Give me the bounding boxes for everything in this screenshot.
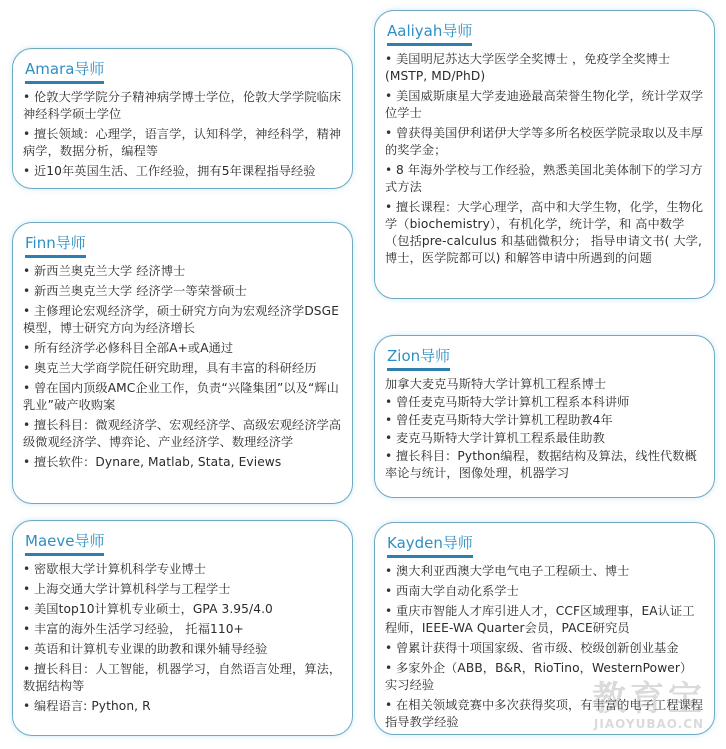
- tutor-title: Kayden导师: [387, 534, 473, 558]
- tutor-card-maeve: Maeve导师 •密歇根大学计算机科学专业博士 •上海交通大学计算机科学与工程学…: [12, 520, 353, 736]
- list-item: •曾获得美国伊利诺伊大学等多所名校医学院录取以及丰厚的奖学金；: [385, 125, 704, 159]
- bullet-icon: •: [23, 89, 34, 106]
- list-item: •西南大学自动化系学士: [385, 583, 704, 600]
- list-item: •曾累计获得十项国家级、省市级、校级创新创业基金: [385, 640, 704, 657]
- bullet-icon: •: [385, 563, 396, 580]
- list-item: •美国明尼苏达大学医学全奖博士 ，免疫学全奖博士(MSTP, MD/PhD): [385, 51, 704, 85]
- list-item: •8 年海外学校与工作经验，熟悉美国北美体制下的学习方式方法: [385, 162, 704, 196]
- list-item: •擅长软件：Dynare, Matlab, Stata, Eviews: [23, 454, 342, 471]
- bullet-icon: •: [23, 417, 34, 434]
- bullet-icon: •: [23, 163, 34, 180]
- tutor-credentials-list: •澳大利亚西澳大学电气电子工程硕士、博士 •西南大学自动化系学士 •重庆市智能人…: [385, 563, 704, 731]
- bullet-icon: •: [385, 88, 396, 105]
- tutor-intro: 加拿大麦克马斯特大学计算机工程系博士: [385, 376, 704, 393]
- bullet-icon: •: [23, 698, 34, 715]
- list-item: •近10年英国生活、工作经验，拥有5年课程指导经验: [23, 163, 342, 180]
- tutor-credentials-list: •伦敦大学学院分子精神病学博士学位，伦敦大学学院临床神经科学硕士学位 •擅长领域…: [23, 89, 342, 180]
- tutor-title: Finn导师: [25, 234, 86, 258]
- tutor-credentials-list: •密歇根大学计算机科学专业博士 •上海交通大学计算机科学与工程学士 •美国top…: [23, 561, 342, 715]
- bullet-icon: •: [23, 601, 34, 618]
- bullet-icon: •: [385, 448, 396, 465]
- list-item: •编程语言: Python, R: [23, 698, 342, 715]
- bullet-icon: •: [385, 162, 396, 179]
- list-item: •在相关领域竞赛中多次获得奖项，有丰富的电子工程课程指导教学经验: [385, 697, 704, 731]
- list-item: •擅长领域：心理学，语言学，认知科学，神经科学，精神病学，数据分析，编程等: [23, 126, 342, 160]
- bullet-icon: •: [385, 51, 396, 68]
- list-item: •澳大利亚西澳大学电气电子工程硕士、博士: [385, 563, 704, 580]
- bullet-icon: •: [23, 340, 34, 357]
- list-item: •美国top10计算机专业硕士，GPA 3.95/4.0: [23, 601, 342, 618]
- list-item: •丰富的海外生活学习经验， 托福110+: [23, 621, 342, 638]
- bullet-icon: •: [23, 661, 34, 678]
- bullet-icon: •: [385, 412, 396, 429]
- tutor-credentials-list: •新西兰奥克兰大学 经济博士 •新西兰奥克兰大学 经济学一等荣誉硕士 •主修理论…: [23, 263, 342, 471]
- list-item: •奥克兰大学商学院任研究助理，具有丰富的科研经历: [23, 360, 342, 377]
- bullet-icon: •: [23, 126, 34, 143]
- list-item: •擅长科目：Python编程，数据结构及算法，线性代数概率论与统计，图像处理，机…: [385, 448, 704, 482]
- tutor-card-finn: Finn导师 •新西兰奥克兰大学 经济博士 •新西兰奥克兰大学 经济学一等荣誉硕…: [12, 222, 353, 504]
- list-item: •曾任麦克马斯特大学计算机工程助教4年: [385, 412, 704, 429]
- tutor-title: Zion导师: [387, 347, 450, 371]
- list-item: •主修理论宏观经济学，硕士研究方向为宏观经济学DSGE模型，博士研究方向为经济增…: [23, 303, 342, 337]
- tutor-card-kayden: Kayden导师 •澳大利亚西澳大学电气电子工程硕士、博士 •西南大学自动化系学…: [374, 522, 715, 735]
- tutor-credentials-list: •美国明尼苏达大学医学全奖博士 ，免疫学全奖博士(MSTP, MD/PhD) •…: [385, 51, 704, 267]
- tutor-title: Amara导师: [25, 60, 104, 84]
- list-item: •伦敦大学学院分子精神病学博士学位，伦敦大学学院临床神经科学硕士学位: [23, 89, 342, 123]
- list-item: •英语和计算机专业课的助教和课外辅导经验: [23, 641, 342, 658]
- list-item: •擅长科目：微观经济学、宏观经济学、高级宏观经济学高级微观经济学、博弈论、产业经…: [23, 417, 342, 451]
- list-item: •擅长课程：大学心理学，高中和大学生物，化学，生物化学（biochemistry…: [385, 199, 704, 267]
- list-item: •多家外企（ABB，B&R，RioTino，WesternPower）实习经验: [385, 660, 704, 694]
- bullet-icon: •: [385, 640, 396, 657]
- list-item: •新西兰奥克兰大学 经济博士: [23, 263, 342, 280]
- bullet-icon: •: [23, 303, 34, 320]
- bullet-icon: •: [23, 641, 34, 658]
- list-item: •上海交通大学计算机科学与工程学士: [23, 581, 342, 598]
- bullet-icon: •: [23, 283, 34, 300]
- tutor-title: Aaliyah导师: [387, 22, 472, 46]
- tutor-credentials-list: 加拿大麦克马斯特大学计算机工程系博士 •曾任麦克马斯特大学计算机工程系本科讲师 …: [385, 376, 704, 482]
- bullet-icon: •: [385, 394, 396, 411]
- list-item: •新西兰奥克兰大学 经济学一等荣誉硕士: [23, 283, 342, 300]
- bullet-icon: •: [23, 561, 34, 578]
- bullet-icon: •: [23, 621, 34, 638]
- tutor-card-amara: Amara导师 •伦敦大学学院分子精神病学博士学位，伦敦大学学院临床神经科学硕士…: [12, 48, 353, 189]
- tutor-title: Maeve导师: [25, 532, 104, 556]
- list-item: •擅长科目：人工智能，机器学习，自然语言处理，算法，数据结构等: [23, 661, 342, 695]
- list-item: •曾在国内顶级AMC企业工作，负责“兴隆集团”以及“辉山乳业”破产收购案: [23, 380, 342, 414]
- bullet-icon: •: [385, 603, 396, 620]
- list-item: •麦克马斯特大学计算机工程系最佳助教: [385, 430, 704, 447]
- bullet-icon: •: [385, 199, 396, 216]
- list-item: •曾任麦克马斯特大学计算机工程系本科讲师: [385, 394, 704, 411]
- tutor-card-aaliyah: Aaliyah导师 •美国明尼苏达大学医学全奖博士 ，免疫学全奖博士(MSTP,…: [374, 10, 715, 299]
- bullet-icon: •: [23, 360, 34, 377]
- list-item: •所有经济学必修科目全部A+或A通过: [23, 340, 342, 357]
- bullet-icon: •: [385, 660, 396, 677]
- bullet-icon: •: [385, 697, 396, 714]
- bullet-icon: •: [385, 125, 396, 142]
- bullet-icon: •: [23, 263, 34, 280]
- bullet-icon: •: [385, 430, 396, 447]
- tutor-card-zion: Zion导师 加拿大麦克马斯特大学计算机工程系博士 •曾任麦克马斯特大学计算机工…: [374, 335, 715, 498]
- bullet-icon: •: [23, 581, 34, 598]
- list-item: •美国威斯康星大学麦迪逊最高荣誉生物化学，统计学双学位学士: [385, 88, 704, 122]
- bullet-icon: •: [385, 583, 396, 600]
- list-item: •重庆市智能人才库引进人才，CCF区域理事，EA认证工程师，IEEE-WA Qu…: [385, 603, 704, 637]
- list-item: •密歇根大学计算机科学专业博士: [23, 561, 342, 578]
- bullet-icon: •: [23, 454, 34, 471]
- bullet-icon: •: [23, 380, 34, 397]
